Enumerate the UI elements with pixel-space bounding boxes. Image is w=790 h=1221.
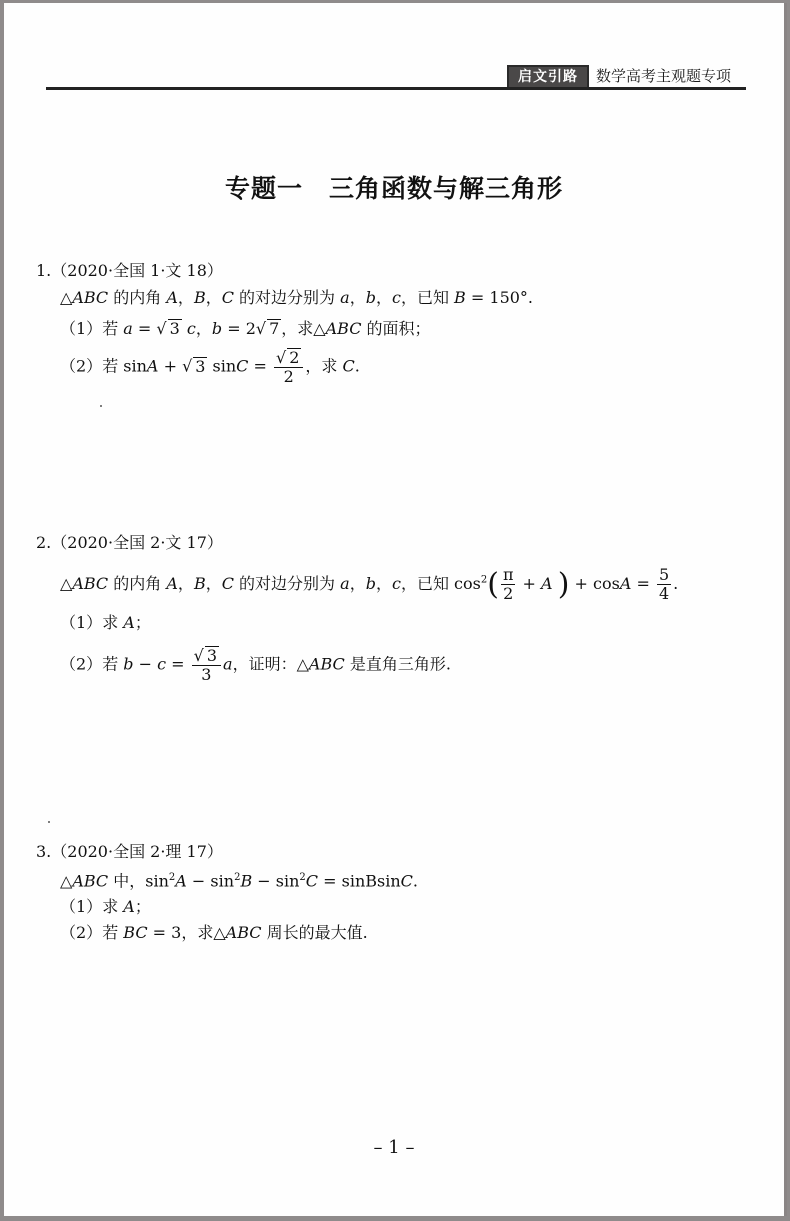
book-title: 数学高考主观题专项 — [596, 65, 731, 87]
math-var: c — [187, 319, 196, 338]
text: = — [222, 319, 246, 338]
part-label: （2） — [60, 923, 102, 942]
math-var: B — [194, 574, 206, 593]
text: 2 — [246, 319, 256, 338]
text: sin — [123, 357, 147, 376]
triangle-symbol: △ — [313, 319, 325, 338]
text: ， — [178, 288, 194, 307]
sqrt: 3 — [168, 319, 182, 338]
triangle-symbol: △ — [60, 574, 72, 593]
problem-2-stem: △ABC 的内角 A，B，C 的对边分别为 a，b，c，已知 cos2(π2 +… — [36, 566, 678, 603]
text: ， — [196, 319, 212, 338]
text: sinB — [342, 871, 377, 890]
math-var: A — [123, 897, 135, 916]
part-label: （2） — [60, 357, 102, 376]
problem-3-part-2: （2）若 BC = 3，求△ABC 周长的最大值. — [36, 920, 418, 946]
fraction: √33 — [192, 646, 221, 684]
math-var: C — [236, 357, 248, 376]
text: ， — [178, 574, 194, 593]
math-var: A — [123, 613, 135, 632]
math-var: b — [366, 574, 376, 593]
text: ，已知 — [401, 574, 454, 593]
text: ，求 — [305, 357, 342, 376]
problem-1-part-2: （2）若 sinA + √3 sinC = √22，求 C. — [36, 348, 533, 386]
math-var: C — [306, 871, 318, 890]
text: 若 — [102, 357, 123, 376]
problem-1-stem: △ABC 的内角 A，B，C 的对边分别为 a，b，c，已知 B = 150°. — [36, 284, 533, 311]
text: 的内角 — [108, 288, 166, 307]
text: + — [517, 574, 541, 593]
text: + — [158, 357, 182, 376]
problem-source: （2020·全国 2·理 17） — [51, 842, 223, 861]
problem-1-header: 1.（2020·全国 1·文 18） — [36, 257, 533, 284]
text: − — [252, 871, 276, 890]
sqrt: 3 — [193, 357, 207, 376]
scan-speck — [100, 405, 102, 407]
text: . — [673, 574, 678, 593]
text: 的面积； — [361, 319, 430, 338]
denominator: 2 — [274, 368, 303, 386]
math-var: b — [366, 288, 376, 307]
brand-label: 启文引路 — [507, 65, 589, 89]
text: ，已知 — [401, 288, 454, 307]
denominator: 2 — [501, 585, 516, 603]
math-var: ABC — [226, 923, 262, 942]
text: sin — [276, 871, 300, 890]
triangle-symbol: △ — [60, 288, 72, 307]
text: + cos — [569, 574, 619, 593]
text: = 3，求△ — [148, 923, 226, 942]
radicand: 3 — [170, 319, 180, 338]
problem-3: 3.（2020·全国 2·理 17） △ABC 中，sin2A − sin2B … — [36, 839, 418, 946]
problem-2-part-1: （1）求 A； — [36, 609, 678, 636]
problem-source: （2020·全国 1·文 18） — [51, 261, 223, 280]
problem-1-part-1: （1）若 a = √3 c，b = 2√7，求△ABC 的面积； — [36, 315, 533, 342]
math-var: ABC — [72, 574, 108, 593]
sqrt: 7 — [267, 319, 281, 338]
problem-number: 1. — [36, 261, 51, 280]
text: ，求 — [281, 319, 313, 338]
text: . — [355, 357, 360, 376]
problem-number: 3. — [36, 842, 51, 861]
math-var: A — [166, 574, 178, 593]
text: = — [248, 357, 272, 376]
problem-1: 1.（2020·全国 1·文 18） △ABC 的内角 A，B，C 的对边分别为… — [36, 257, 533, 386]
text: sin — [207, 357, 236, 376]
math-var: C — [222, 288, 234, 307]
text: − — [134, 655, 158, 674]
text: sin — [145, 871, 169, 890]
part-label: （1） — [60, 613, 102, 632]
problem-2-part-2: （2）若 b − c = √33a，证明：△ABC 是直角三角形. — [36, 646, 678, 684]
page-number: – 1 – — [4, 1137, 784, 1158]
text: = — [133, 319, 157, 338]
text: 若 — [102, 319, 123, 338]
text: 的对边分别为 — [234, 574, 340, 593]
text: . — [413, 871, 418, 890]
radicand: 2 — [289, 348, 299, 367]
math-var: c — [157, 655, 166, 674]
text: 是直角三角形. — [345, 655, 451, 674]
math-var: A — [541, 574, 553, 593]
text: ， — [206, 574, 222, 593]
math-var: ABC — [72, 871, 108, 890]
text: = — [318, 871, 342, 890]
scan-speck — [48, 821, 50, 823]
math-var: b — [212, 319, 222, 338]
topic-title: 专题一 三角函数与解三角形 — [4, 169, 784, 205]
math-var: b — [123, 655, 133, 674]
math-var: a — [340, 574, 350, 593]
math-var: A — [147, 357, 159, 376]
text: 求 — [102, 613, 123, 632]
radicand: 3 — [207, 646, 217, 665]
text: 求 — [102, 897, 123, 916]
text: = 150°. — [466, 288, 533, 307]
problem-2: 2.（2020·全国 2·文 17） △ABC 的内角 A，B，C 的对边分别为… — [36, 529, 678, 684]
fraction: π2 — [501, 566, 516, 603]
triangle-symbol: △ — [60, 871, 72, 890]
problem-3-header: 3.（2020·全国 2·理 17） — [36, 839, 418, 865]
text: ， — [350, 288, 366, 307]
math-var: C — [342, 357, 354, 376]
math-var: A — [620, 574, 632, 593]
fraction: 54 — [657, 566, 671, 603]
header-divider — [46, 87, 746, 90]
text: ， — [206, 288, 222, 307]
part-label: （1） — [60, 319, 102, 338]
radicand: 3 — [195, 357, 205, 376]
text: sin — [377, 871, 401, 890]
text: ， — [350, 574, 366, 593]
text: ， — [376, 288, 392, 307]
math-var: ABC — [72, 288, 108, 307]
document-page: 启文引路 数学高考主观题专项 专题一 三角函数与解三角形 1.（2020·全国 … — [4, 3, 787, 1216]
text: ， — [376, 574, 392, 593]
text: 若 — [102, 923, 123, 942]
math-var: A — [166, 288, 178, 307]
text: 的内角 — [108, 574, 166, 593]
text: − — [187, 871, 211, 890]
math-var: C — [401, 871, 413, 890]
math-var: a — [340, 288, 350, 307]
problem-3-part-1: （1）求 A； — [36, 894, 418, 920]
text: ，证明：△ — [233, 655, 309, 674]
text: ； — [135, 897, 151, 916]
numerator: π — [501, 566, 516, 585]
denominator: 4 — [657, 585, 671, 603]
denominator: 3 — [192, 666, 221, 684]
math-var: B — [454, 288, 466, 307]
text: 周长的最大值. — [262, 923, 368, 942]
math-var: c — [392, 574, 401, 593]
radicand: 7 — [269, 319, 279, 338]
part-label: （2） — [60, 655, 102, 674]
problem-3-stem: △ABC 中，sin2A − sin2B − sin2C = sinBsinC. — [36, 865, 418, 894]
math-var: BC — [123, 923, 147, 942]
text: cos — [454, 574, 481, 593]
text: = — [631, 574, 655, 593]
fraction: √22 — [274, 348, 303, 386]
problem-source: （2020·全国 2·文 17） — [51, 533, 223, 552]
numerator: 5 — [657, 566, 671, 585]
text: = — [166, 655, 190, 674]
math-var: a — [123, 319, 133, 338]
text: sin — [210, 871, 234, 890]
math-var: C — [222, 574, 234, 593]
math-var: ABC — [309, 655, 345, 674]
math-var: A — [175, 871, 187, 890]
problem-2-header: 2.（2020·全国 2·文 17） — [36, 529, 678, 556]
text: 中， — [108, 871, 145, 890]
math-var: a — [223, 655, 233, 674]
problem-number: 2. — [36, 533, 51, 552]
text: 若 — [102, 655, 123, 674]
math-var: ABC — [326, 319, 362, 338]
math-var: c — [392, 288, 401, 307]
math-var: B — [194, 288, 206, 307]
text: ； — [135, 613, 151, 632]
part-label: （1） — [60, 897, 102, 916]
math-var: B — [240, 871, 252, 890]
text: 的对边分别为 — [234, 288, 340, 307]
